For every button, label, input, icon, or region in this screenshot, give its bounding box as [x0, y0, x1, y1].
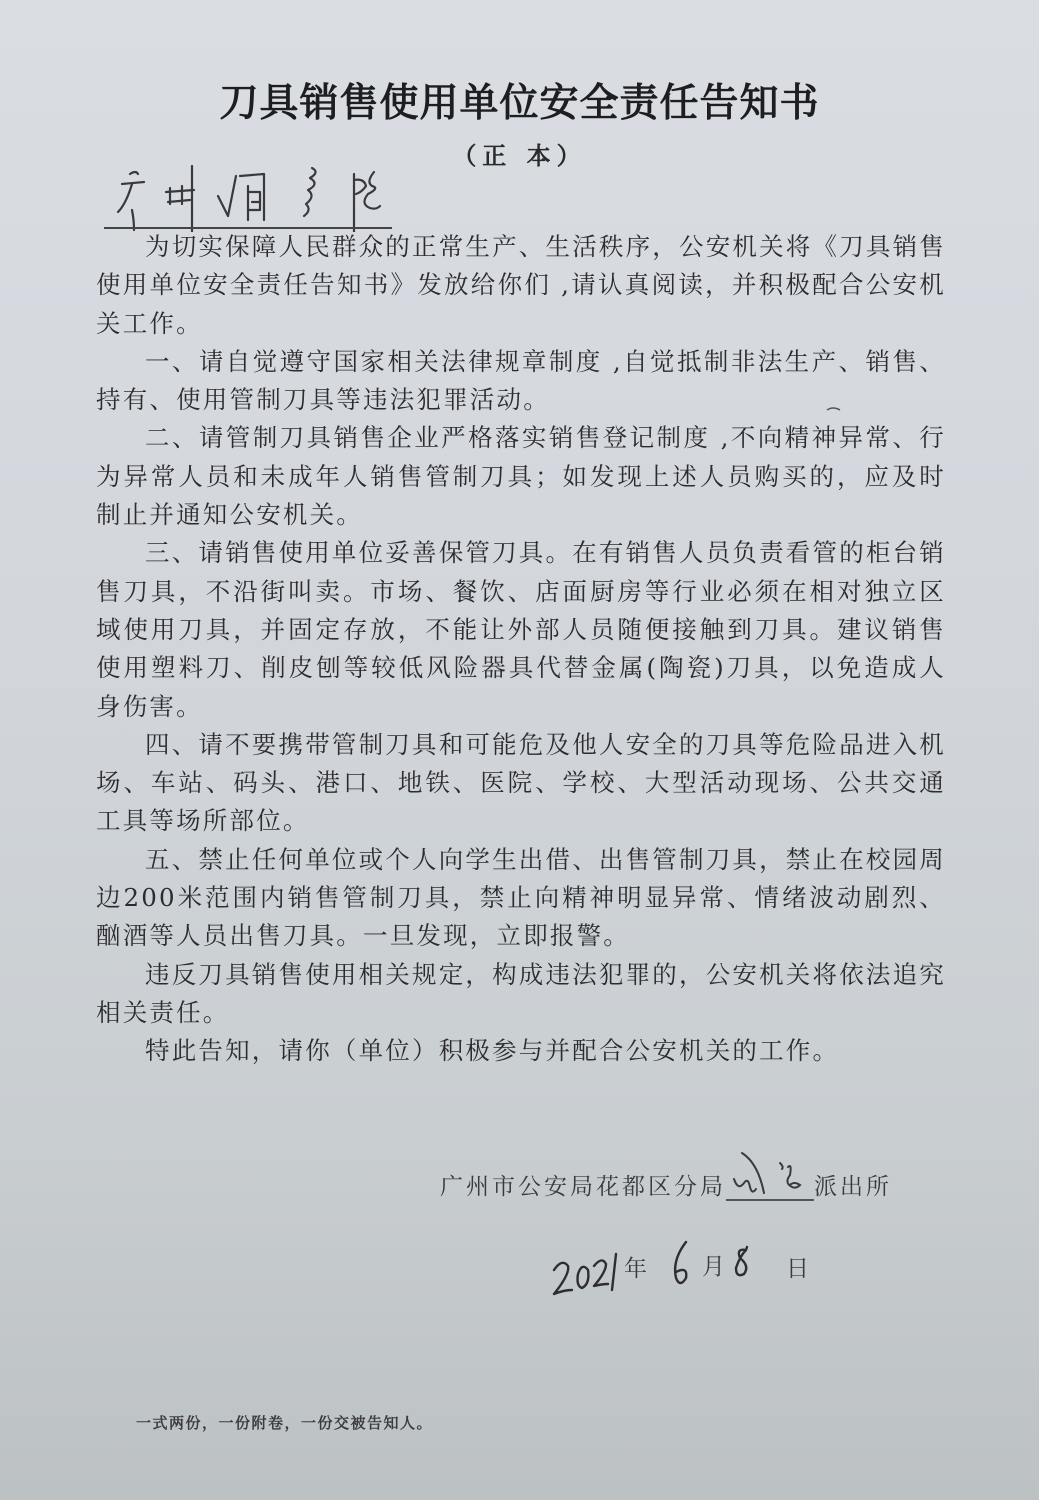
- paragraph-item-2: 二、请管制刀具销售企业严格落实销售登记制度 ,不向精神异常、行为异常人员和未成年…: [96, 419, 946, 534]
- handwritten-date-icon: [548, 1230, 808, 1310]
- issuer-signature-line: 广州市公安局花都区分局派出所: [440, 1168, 892, 1201]
- year-label: 年: [624, 1250, 647, 1283]
- addressee-handwritten: 广州润泽医院：: [92, 162, 388, 228]
- paragraph-item-4: 四、请不要携带管制刀具和可能危及他人安全的刀具等危险品进入机场、车站、码头、港口…: [96, 726, 946, 841]
- notice-body: 为切实保障人民群众的正常生产、生活秩序，公安机关将《刀具销售使用单位安全责任告知…: [96, 228, 946, 1071]
- paragraph-intro: 为切实保障人民群众的正常生产、生活秩序，公安机关将《刀具销售使用单位安全责任告知…: [96, 228, 946, 343]
- handwriting-strokes-icon: [92, 162, 392, 232]
- copies-footnote: 一式两份，一份附卷，一份交被告知人。: [136, 1412, 433, 1433]
- paragraph-item-5: 五、禁止任何单位或个人向学生出借、出售管制刀具，禁止在校园周边200米范围内销售…: [96, 841, 946, 956]
- paragraph-closing: 特此告知，请你（单位）积极参与并配合公安机关的工作。: [96, 1032, 946, 1070]
- issuer-handwritten-field: [726, 1171, 814, 1201]
- paragraph-item-1: 一、请自觉遵守国家相关法律规章制度 ,自觉抵制非法生产、销售、持有、使用管制刀具…: [96, 343, 946, 420]
- document-page: 刀具销售使用单位安全责任告知书 （正 本） 广州润泽医院：: [0, 0, 1039, 1500]
- day-label: 日: [786, 1250, 809, 1283]
- month-label: 月: [702, 1248, 725, 1281]
- document-title: 刀具销售使用单位安全责任告知书: [0, 72, 1039, 128]
- paragraph-item-3: 三、请销售使用单位妥善保管刀具。在有销售人员负责看管的柜台销售刀具，不沿街叫卖。…: [96, 534, 946, 725]
- issuer-prefix: 广州市公安局花都区分局: [440, 1174, 726, 1200]
- handwritten-station-name-icon: [726, 1151, 814, 1195]
- issuer-suffix: 派出所: [814, 1174, 892, 1200]
- pen-mark-icon: [826, 405, 842, 413]
- paragraph-liability: 违反刀具销售使用相关规定，构成违法犯罪的，公安机关将依法追究相关责任。: [96, 956, 946, 1033]
